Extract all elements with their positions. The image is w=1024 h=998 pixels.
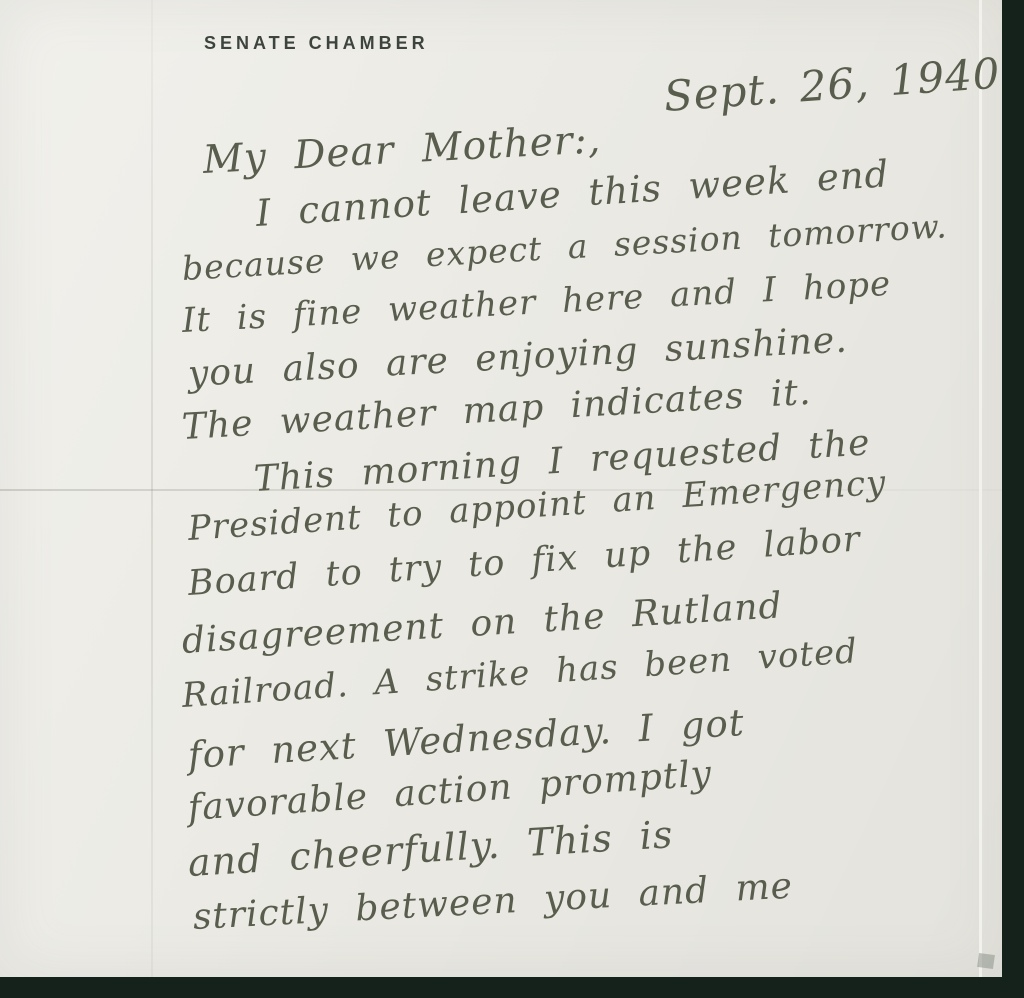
letterhead-senate-chamber: SENATE CHAMBER [204, 33, 429, 54]
scan-background-right [1002, 0, 1024, 998]
letter-paper: SENATE CHAMBER Sept. 26, 1940. My Dear M… [0, 0, 1002, 977]
paper-corner-notch [977, 953, 995, 969]
scan-background-bottom [0, 977, 1024, 998]
paper-edge-highlight [979, 0, 982, 978]
letter-date: Sept. 26, 1940. [662, 48, 1016, 121]
fold-crease-vertical [151, 0, 153, 977]
scanned-letter-page: SENATE CHAMBER Sept. 26, 1940. My Dear M… [0, 0, 1024, 998]
